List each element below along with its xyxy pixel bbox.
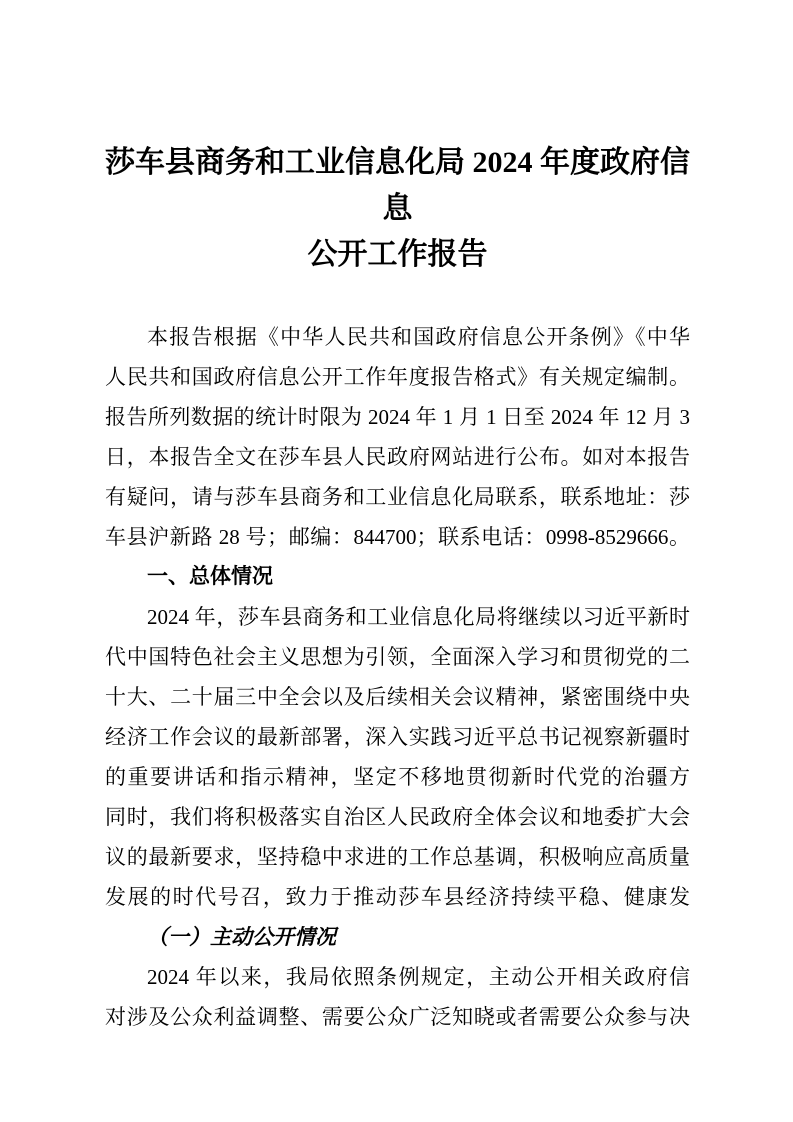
document-line: 同时，我们将积极落实自治区人民政府全体会议和地委扩大会 <box>105 797 690 837</box>
title-line: 莎车县商务和工业信息化局 2024 年度政府信息 <box>105 140 690 232</box>
document-body: 本报告根据《中华人民共和国政府信息公开条例》《中华人民共和国政府信息公开工作年度… <box>105 317 690 1037</box>
document-line: 发展的时代号召，致力于推动莎车县经济持续平稳、健康发展。 <box>105 877 690 917</box>
section-heading: 一、总体情况 <box>105 557 690 597</box>
document-line: 经济工作会议的最新部署，深入实践习近平总书记视察新疆时 <box>105 717 690 757</box>
section-subheading: （一）主动公开情况 <box>105 917 690 957</box>
document-line: 2024 年以来，我局依照条例规定，主动公开相关政府信息， <box>105 957 690 997</box>
document-line: 日，本报告全文在莎车县人民政府网站进行公布。如对本报告 <box>105 437 690 477</box>
document-line: 对涉及公众利益调整、需要公众广泛知晓或者需要公众参与决 <box>105 997 690 1037</box>
document-line: 人民共和国政府信息公开工作年度报告格式》有关规定编制。 <box>105 357 690 397</box>
title-line: 公开工作报告 <box>105 232 690 278</box>
document-page: 莎车县商务和工业信息化局 2024 年度政府信息公开工作报告 本报告根据《中华人… <box>0 0 793 1122</box>
document-line: 议的最新要求，坚持稳中求进的工作总基调，积极响应高质量 <box>105 837 690 877</box>
document-line: 的重要讲话和指示精神，坚定不移地贯彻新时代党的治疆方略。 <box>105 757 690 797</box>
document-line: 报告所列数据的统计时限为 2024 年 1 月 1 日至 2024 年 12 月… <box>105 397 690 437</box>
document-line: 本报告根据《中华人民共和国政府信息公开条例》《中华 <box>105 317 690 357</box>
document-line: 车县沪新路 28 号；邮编：844700；联系电话：0998-8529666。 <box>105 517 690 557</box>
document-line: 十大、二十届三中全会以及后续相关会议精神，紧密围绕中央 <box>105 677 690 717</box>
document-title: 莎车县商务和工业信息化局 2024 年度政府信息公开工作报告 <box>105 140 690 278</box>
document-line: 有疑问，请与莎车县商务和工业信息化局联系，联系地址：莎 <box>105 477 690 517</box>
document-line: 2024 年，莎车县商务和工业信息化局将继续以习近平新时 <box>105 597 690 637</box>
document-line: 代中国特色社会主义思想为引领，全面深入学习和贯彻党的二 <box>105 637 690 677</box>
